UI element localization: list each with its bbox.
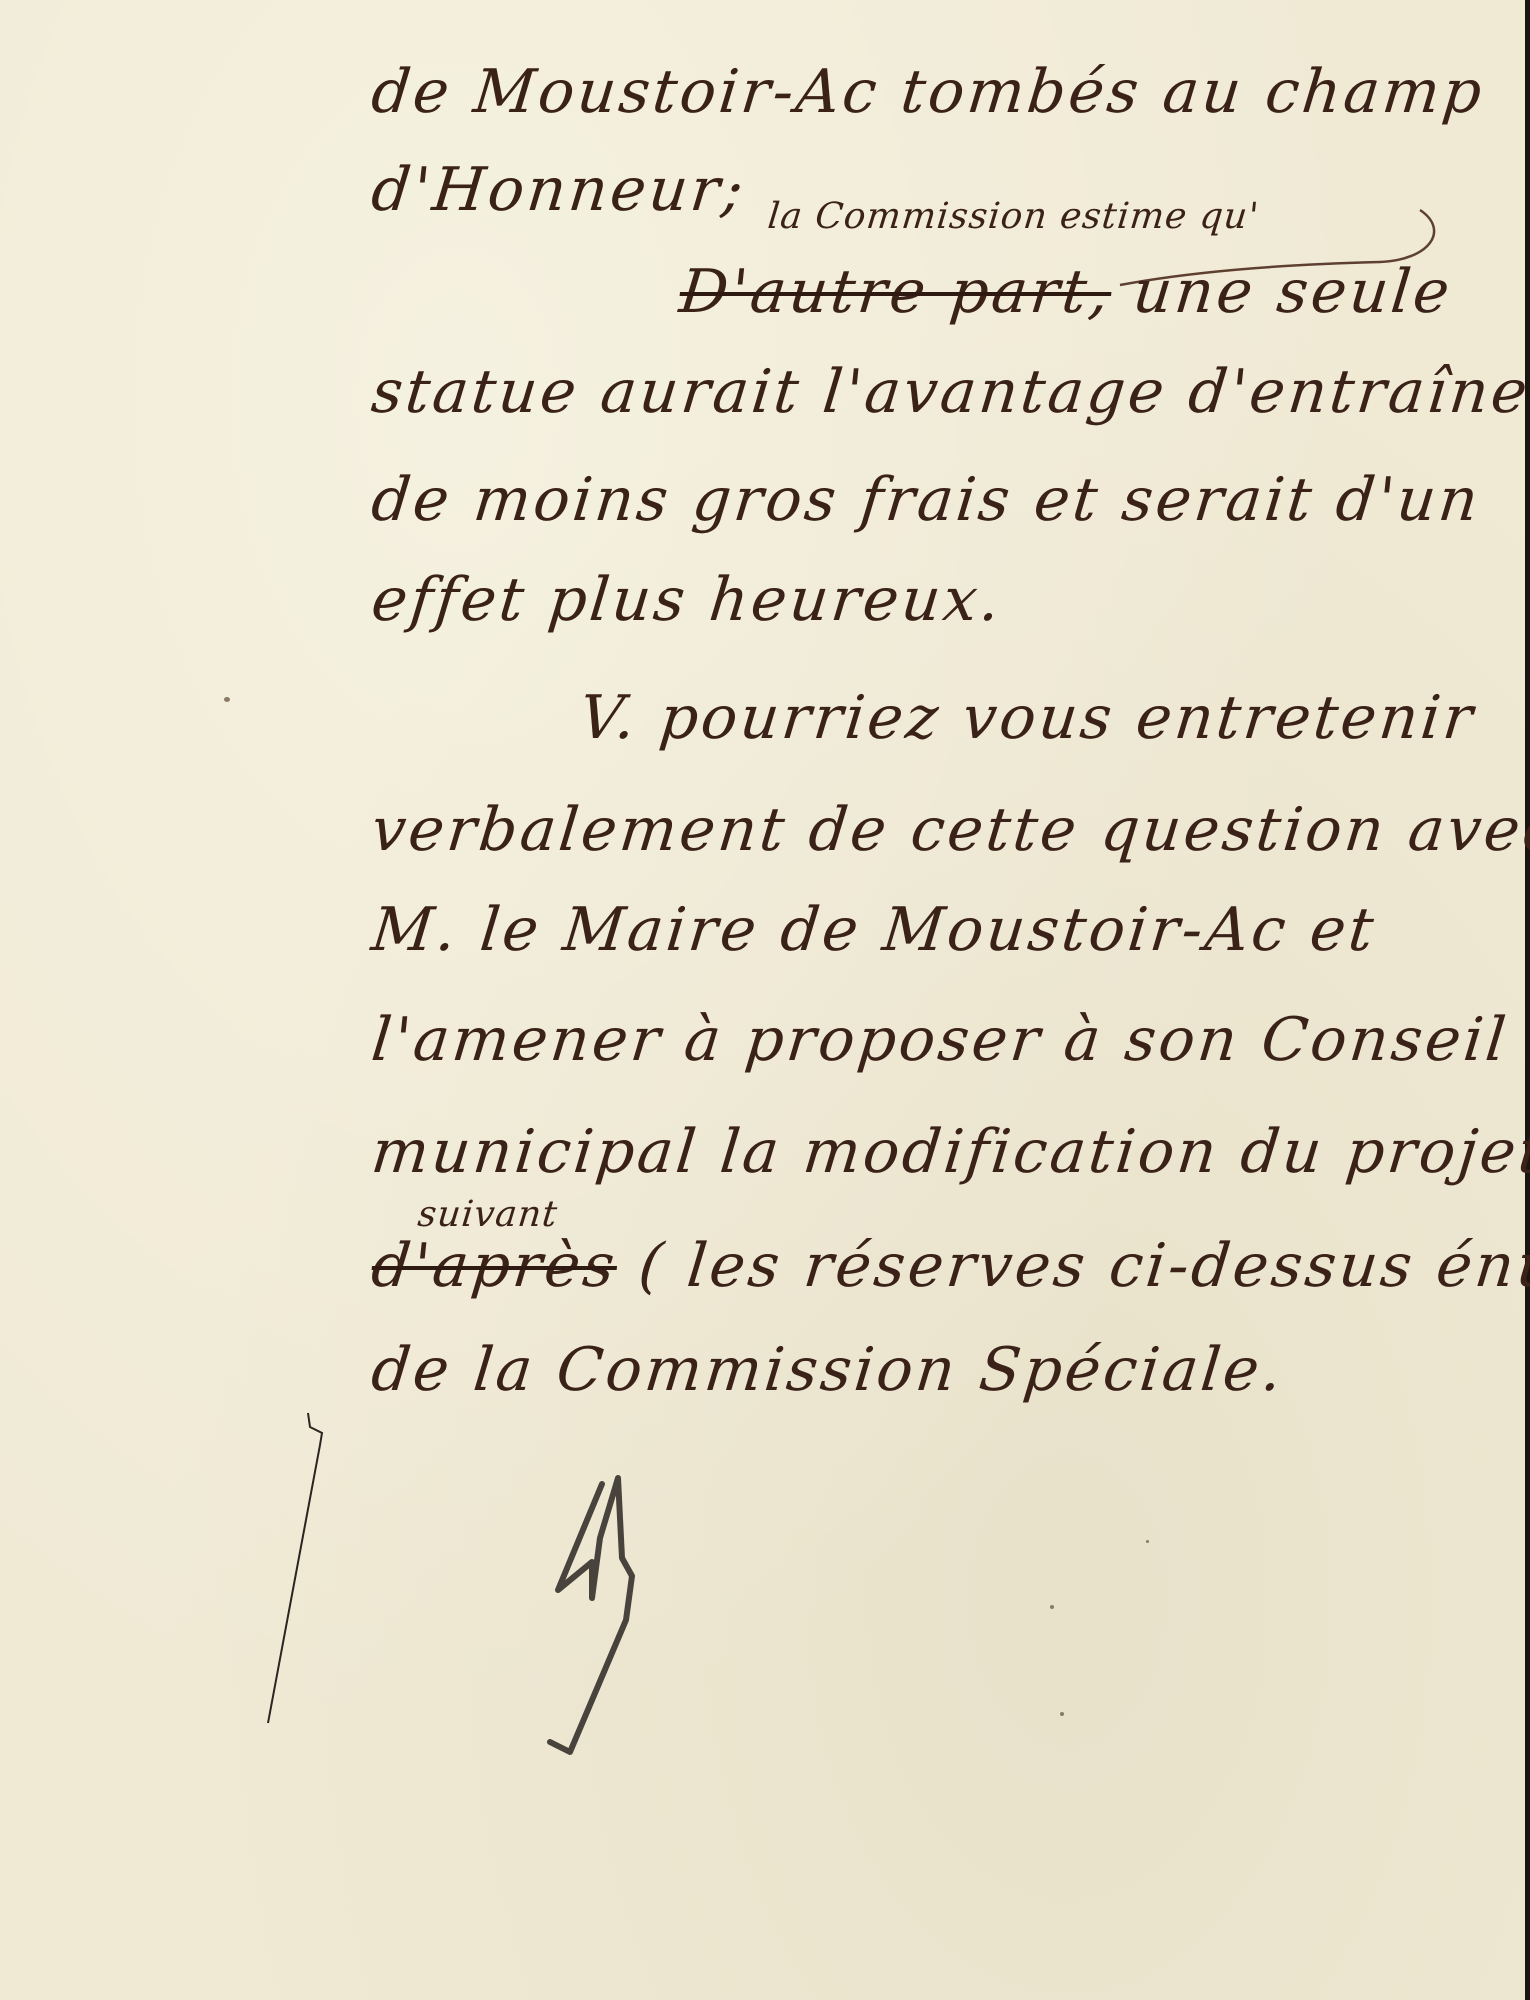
paper-speck bbox=[1146, 1540, 1149, 1543]
paper-speck bbox=[1060, 1712, 1064, 1716]
text-line-10: l'amener à proposer à son Conseil bbox=[369, 1010, 1512, 1070]
struck-text: d'après bbox=[368, 1231, 620, 1301]
text-line-11: municipal la modification du projet bbox=[369, 1122, 1530, 1182]
text-line-8: verbalement de cette question avec bbox=[369, 800, 1530, 860]
text-line-12: d'après ( les réserves ci-dessus énuméré… bbox=[369, 1236, 1530, 1296]
page-edge-border bbox=[1525, 0, 1530, 2000]
text-line-9: M. le Maire de Moustoir-Ac et bbox=[369, 900, 1379, 960]
struck-text: D'autre part, bbox=[676, 257, 1115, 327]
text-line-7: V. pourriez vous entretenir bbox=[577, 688, 1478, 748]
text-line-2: d'Honneur; bbox=[369, 160, 749, 220]
text-line-4: statue aurait l'avantage d'entraîner bbox=[369, 362, 1530, 422]
line-text: une seule bbox=[1130, 257, 1456, 327]
pencil-signature-icon bbox=[540, 1470, 690, 1790]
text-line-13: de la Commission Spéciale. bbox=[369, 1340, 1287, 1400]
text-line-5: de moins gros frais et serait d'un bbox=[369, 470, 1484, 530]
paraph-flourish-icon bbox=[260, 1405, 360, 1725]
text-line-1: de Moustoir-Ac tombés au champ bbox=[369, 62, 1487, 122]
manuscript-page: de Moustoir-Ac tombés au champ d'Honneur… bbox=[0, 0, 1525, 2000]
line-text: les réserves ci-dessus énumérées bbox=[684, 1231, 1530, 1301]
interlinear-insertion-suivant: suivant bbox=[416, 1194, 560, 1235]
line-text: ( bbox=[635, 1231, 669, 1301]
paper-speck bbox=[1050, 1605, 1054, 1609]
text-line-6: effet plus heureux. bbox=[369, 570, 1006, 630]
text-line-3: D'autre part, une seule bbox=[677, 262, 1455, 322]
paper-speck bbox=[224, 697, 230, 702]
